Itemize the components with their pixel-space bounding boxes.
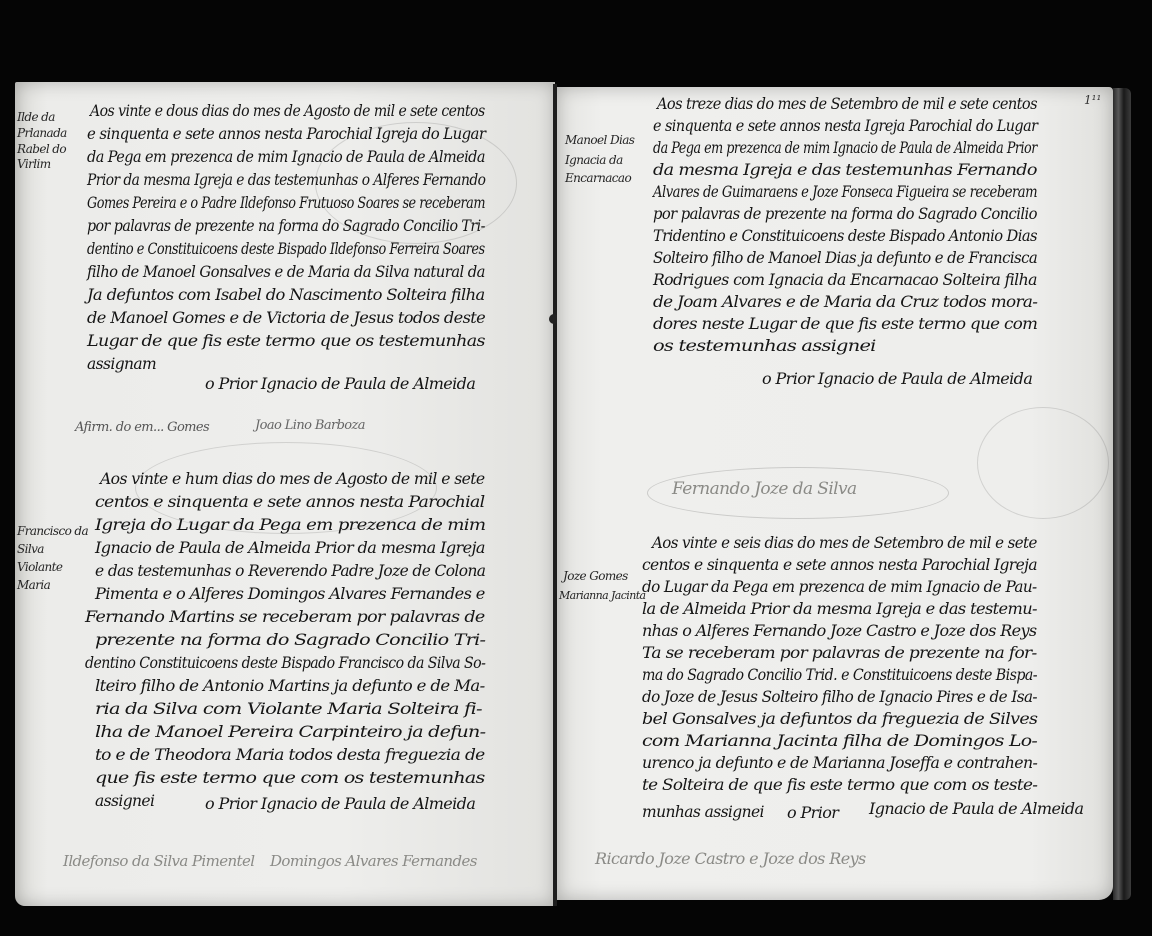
entry-line: Ta se receberam por palavras de prezente…	[642, 644, 1037, 662]
margin-note-line: Francisco da	[17, 524, 88, 538]
entry-line: dentino e Constituicoens deste Bispado I…	[87, 240, 485, 258]
entry-line: prezente na forma do Sagrado Concilio Tr…	[95, 631, 485, 649]
entry-line: Solteiro filho de Manoel Dias ja defunto…	[653, 249, 1037, 267]
left-page: Ilde da Prlanada Rabel do Virlim Aos vin…	[15, 82, 555, 906]
entry-line: do Joze de Jesus Solteiro filho de Ignac…	[642, 688, 1037, 706]
folio-number: 1¹¹	[1084, 93, 1101, 107]
entry-line: Alvares de Guimaraens e Joze Fonseca Fig…	[653, 183, 1037, 201]
margin-note-line: Rabel do	[17, 142, 66, 156]
margin-note-line: Maria	[17, 578, 50, 592]
entry-line: e sinquenta e sete annos nesta Parochial…	[87, 125, 485, 143]
entry-line: filho de Manoel Gonsalves e de Maria da …	[87, 263, 485, 281]
entry-line: assignam	[87, 355, 156, 373]
faint-bottom-note: Ildefonso da Silva Pimentel	[63, 852, 254, 870]
entry-line: Aos vinte e dous dias do mes de Agosto d…	[90, 102, 485, 120]
entry-line: te Solteira de que fis este termo que co…	[642, 776, 1037, 794]
entry-line: da Pega em prezenca de mim Ignacio de Pa…	[653, 139, 1037, 157]
margin-note-line: Virlim	[17, 157, 50, 171]
faint-bottom-note: Ricardo Joze Castro e Joze dos Reys	[595, 849, 866, 868]
entry-line: lha de Manoel Pereira Carpinteiro ja def…	[95, 723, 485, 741]
margin-note-line: Violante	[17, 560, 62, 574]
entry-line: Aos treze dias do mes de Setembro de mil…	[657, 95, 1037, 113]
entry-line: la de Almeida Prior da mesma Igreja e da…	[642, 600, 1037, 618]
entry-line: to e de Theodora Maria todos desta fregu…	[95, 746, 485, 764]
entry-line: de Manoel Gomes e de Victoria de Jesus t…	[87, 309, 485, 327]
entry-line: Pimenta e o Alferes Domingos Alvares Fer…	[95, 585, 485, 603]
entry-line: que fis este termo que com os testemunha…	[95, 769, 485, 787]
entry-line: centos e sinquenta e sete annos nesta Pa…	[642, 556, 1037, 574]
margin-note-line: Ignacia da	[565, 153, 623, 167]
flourish-stroke	[647, 467, 949, 519]
entry-line: munhas assignei	[642, 803, 764, 821]
entry-line: lteiro filho de Antonio Martins ja defun…	[95, 677, 485, 695]
entry-line: nhas o Alferes Fernando Joze Castro e Jo…	[642, 622, 1037, 640]
entry-line: Fernando Martins se receberam por palavr…	[85, 608, 485, 626]
right-page: 1¹¹ Manoel Dias Ignacia da Encarnacao Ao…	[557, 87, 1113, 900]
entry-line: Aos vinte e seis dias do mes de Setembro…	[652, 534, 1037, 552]
entry-line: Igreja do Lugar da Pega em prezenca de m…	[95, 516, 485, 534]
entry-line: Lugar de que fis este termo que os teste…	[87, 332, 485, 350]
entry-line: Aos vinte e hum dias do mes de Agosto de…	[100, 470, 485, 488]
annotation-right: Joao Lino Barboza	[255, 418, 365, 433]
entry-line: e sinquenta e sete annos nesta Igreja Pa…	[653, 117, 1037, 135]
faint-bottom-note: Domingos Alvares Fernandes	[270, 852, 477, 870]
entry-line: assignei	[95, 792, 154, 810]
priest-signature: o Prior Ignacio de Paula de Almeida	[205, 794, 475, 813]
entry-line: ma do Sagrado Concilio Trid. e Constitui…	[642, 666, 1037, 684]
entry-line: da mesma Igreja e das testemunhas Fernan…	[653, 161, 1037, 179]
margin-note-line: Ilde da	[17, 110, 55, 124]
margin-note-line: Manoel Dias	[565, 133, 634, 147]
entry-line: Ja defuntos com Isabel do Nascimento Sol…	[87, 286, 485, 304]
entry-line: Gomes Pereira e o Padre Ildefonso Frutuo…	[87, 194, 485, 212]
annotation-left: Afirm. do em... Gomes	[75, 420, 209, 435]
entry-line: dentino Constituicoens deste Bispado Fra…	[85, 654, 485, 672]
entry-line: urenco ja defunto e de Marianna Joseffa …	[642, 754, 1037, 772]
priest-signature: Ignacio de Paula de Almeida	[869, 799, 1083, 818]
entry-line: bel Gonsalves ja defuntos da freguezia d…	[642, 710, 1037, 728]
priest-signature: o Prior Ignacio de Paula de Almeida	[205, 374, 475, 393]
entry-line: dores neste Lugar de que fis este termo …	[653, 315, 1037, 333]
priest-signature-prefix: o Prior	[787, 803, 838, 822]
entry-line: Rodrigues com Ignacia da Encarnacao Solt…	[653, 271, 1037, 289]
entry-line: os testemunhas assignei	[653, 337, 876, 355]
entry-line: Ignacio de Paula de Almeida Prior da mes…	[95, 539, 485, 557]
ink-bleed	[977, 407, 1109, 519]
entry-line: do Lugar da Pega em prezenca de mim Igna…	[642, 578, 1037, 596]
entry-line: ria da Silva com Violante Maria Solteira…	[95, 700, 482, 718]
margin-note-line: Silva	[17, 542, 44, 556]
entry-line: da Pega em prezenca de mim Ignacio de Pa…	[87, 148, 485, 166]
manuscript-spread: Ilde da Prlanada Rabel do Virlim Aos vin…	[0, 0, 1152, 936]
margin-note-line: Joze Gomes	[563, 569, 628, 583]
entry-line: centos e sinquenta e sete annos nesta Pa…	[95, 493, 484, 511]
book-binding-edge	[1113, 88, 1131, 900]
entry-line: Prior da mesma Igreja e das testemunhas …	[87, 171, 485, 189]
priest-signature: o Prior Ignacio de Paula de Almeida	[762, 369, 1032, 388]
entry-line: com Marianna Jacinta filha de Domingos L…	[642, 732, 1037, 750]
margin-note-line: Prlanada	[17, 126, 67, 140]
entry-line: e das testemunhas o Reverendo Padre Joze…	[95, 562, 485, 580]
entry-line: por palavras de prezente na forma do Sag…	[653, 205, 1037, 223]
margin-note-line: Marianna Jacinta	[559, 589, 646, 602]
entry-line: Tridentino e Constituicoens deste Bispad…	[653, 227, 1037, 245]
margin-note-line: Encarnacao	[565, 171, 631, 185]
entry-line: de Joam Alvares e de Maria da Cruz todos…	[653, 293, 1037, 311]
entry-line: por palavras de prezente na forma do Sag…	[87, 217, 485, 235]
